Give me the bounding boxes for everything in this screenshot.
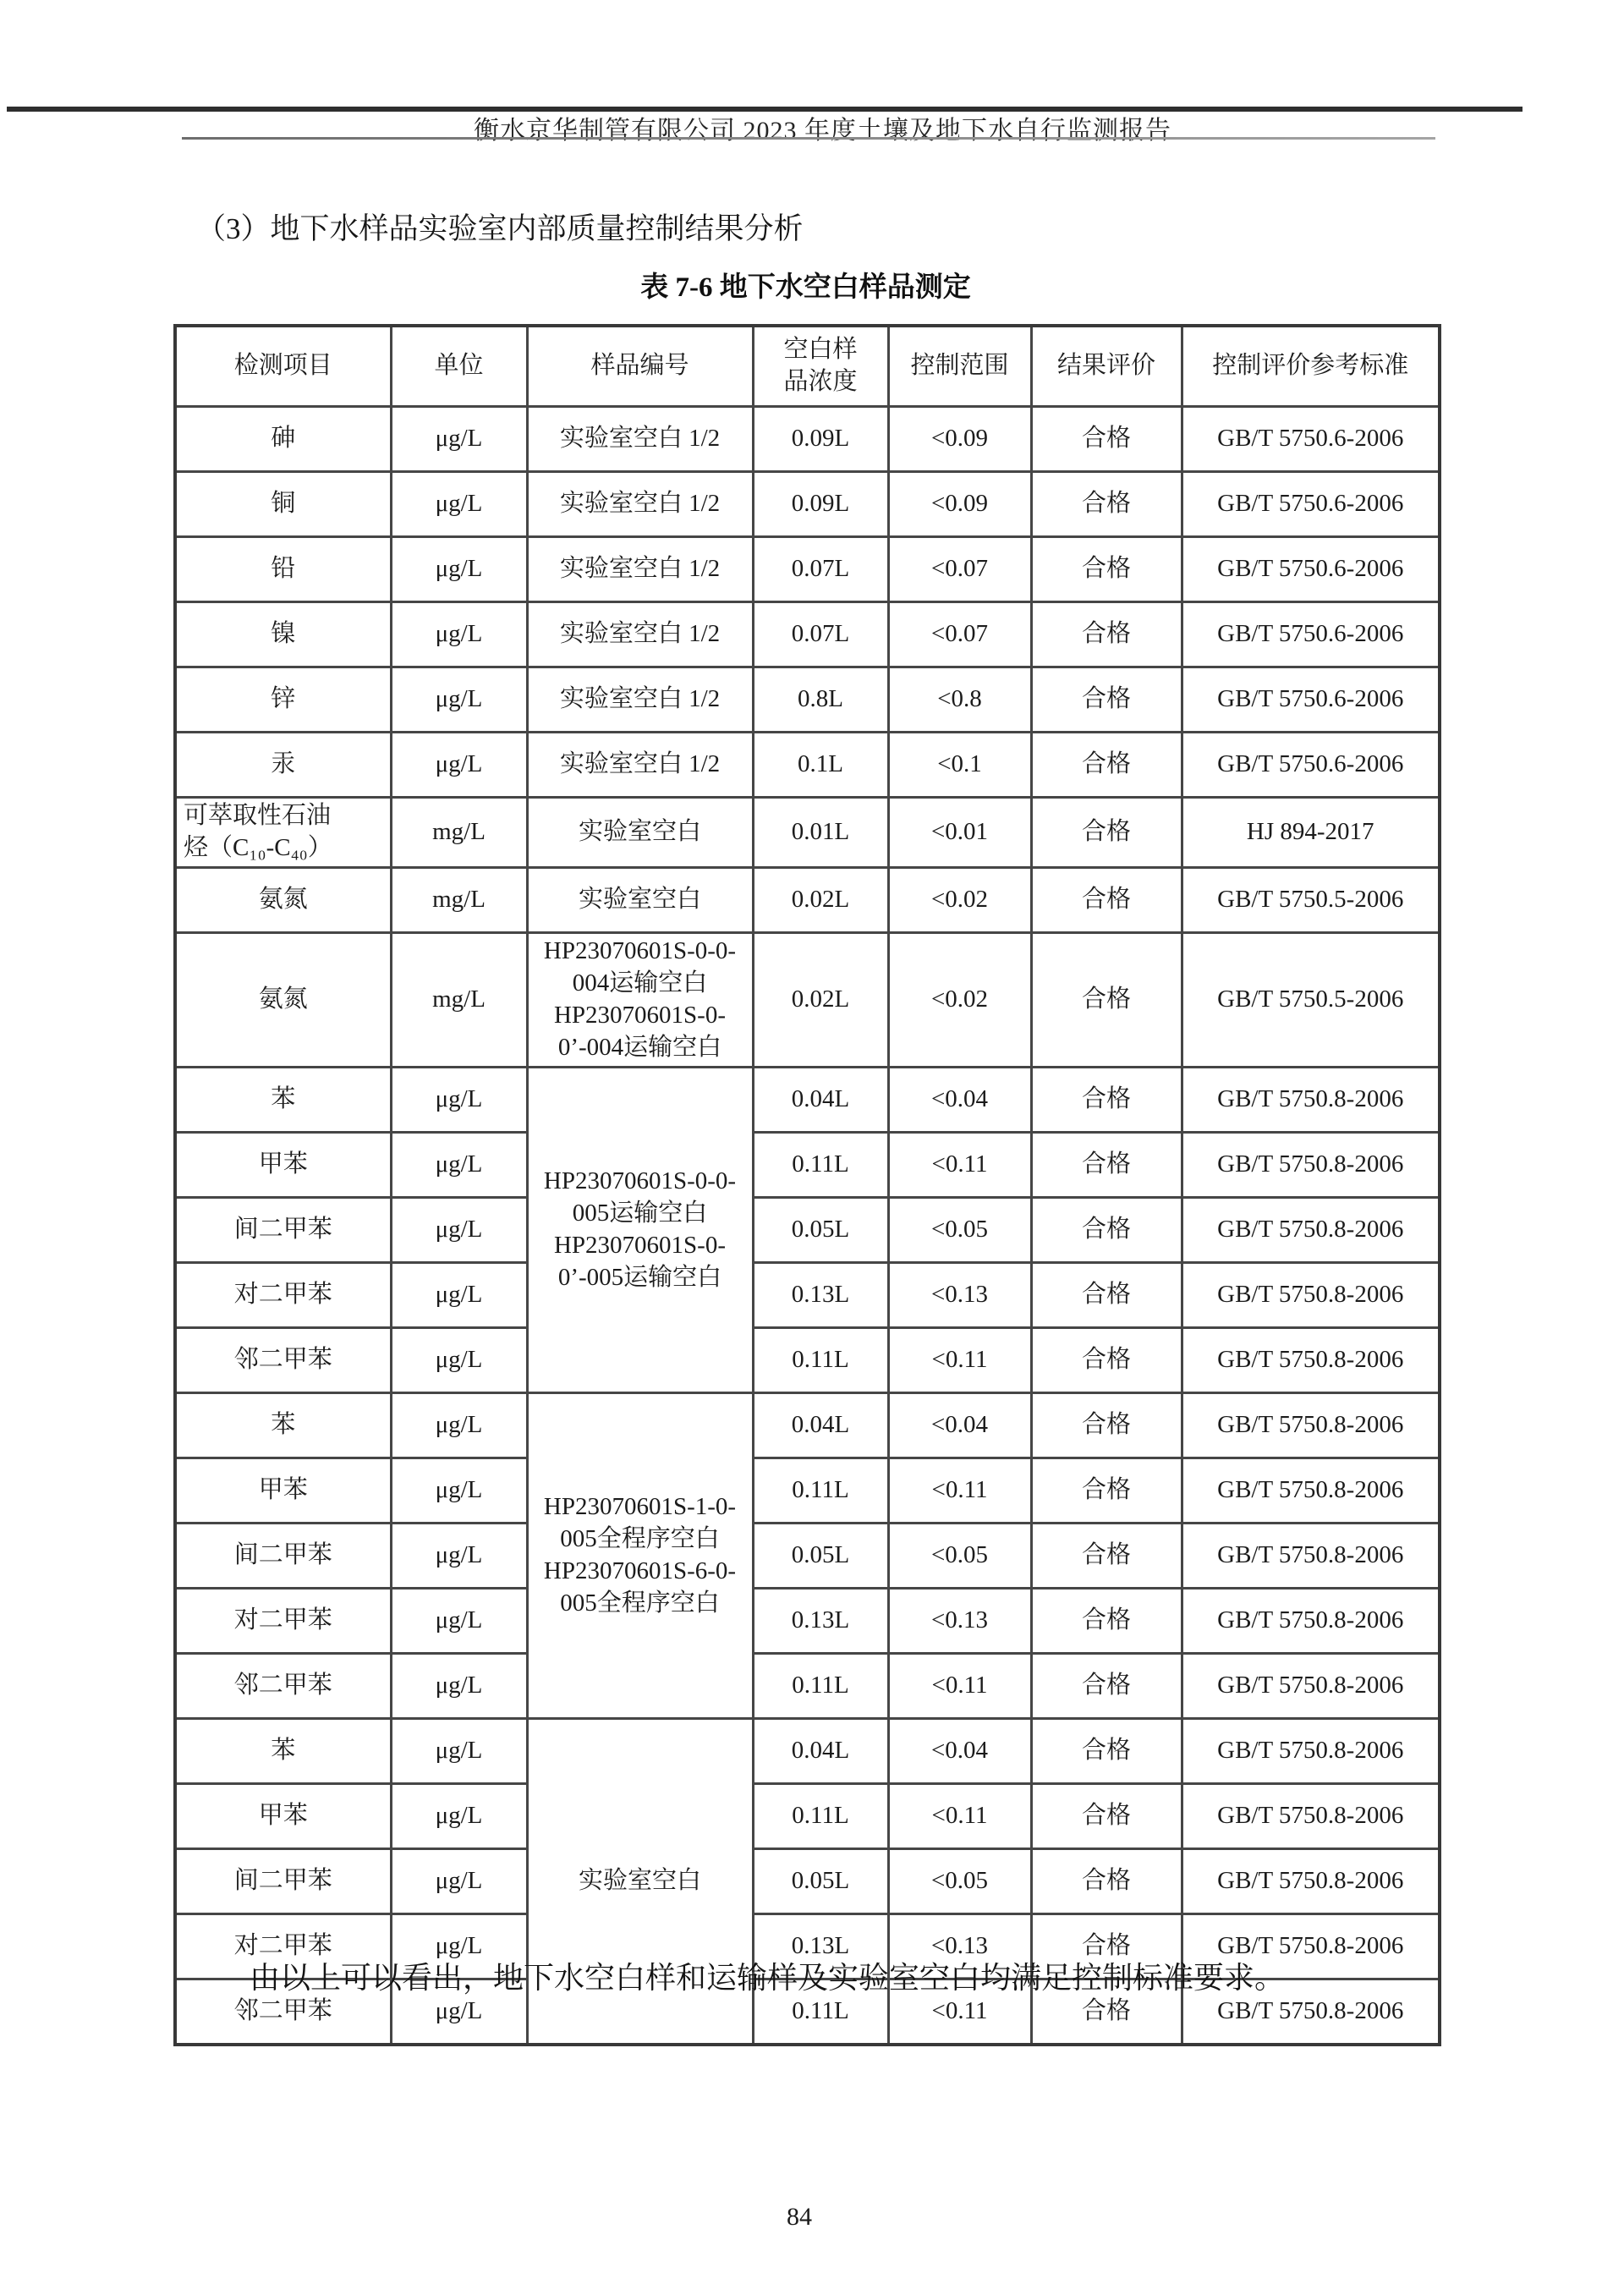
cell-line: mg/L [399,816,519,848]
cell-line: <0.09 [897,488,1023,520]
cell-line: μg/L [399,1344,519,1376]
cell-line: 合格 [1040,1474,1174,1507]
cell-line: 苯 [184,1084,383,1116]
cell-line: 合格 [1040,1540,1174,1572]
cell-result-evaluation: 合格 [1031,1458,1182,1523]
table-row: 邻二甲苯μg/L0.11L<0.11合格GB/T 5750.8-2006 [175,1653,1440,1718]
cell-item: 苯 [175,1392,391,1458]
cell-unit: μg/L [391,1653,527,1718]
cell-line: 合格 [1040,1605,1174,1637]
cell-item: 苯 [175,1718,391,1783]
cell-line: GB/T 5750.6-2006 [1190,488,1432,520]
cell-reference-standard: GB/T 5750.8-2006 [1182,1458,1440,1523]
cell-reference-standard: GB/T 5750.6-2006 [1182,667,1440,733]
cell-line: μg/L [399,1865,519,1897]
cell-reference-standard: GB/T 5750.6-2006 [1182,472,1440,537]
table-row: 苯μg/LHP23070601S-1-0-005全程序空白HP23070601S… [175,1392,1440,1458]
cell-line: 合格 [1040,553,1174,585]
cell-item: 甲苯 [175,1132,391,1197]
cell-line: 甲苯 [184,1800,383,1832]
cell-line: 合格 [1040,1735,1174,1767]
cell-sample-id: HP23070601S-0-0-005运输空白HP23070601S-0-0’-… [527,1067,753,1392]
cell-control-range: <0.05 [888,1848,1031,1913]
cell-blank-concentration: 0.1L [753,733,888,798]
cell-result-evaluation: 合格 [1031,1783,1182,1848]
cell-reference-standard: GB/T 5750.6-2006 [1182,407,1440,472]
cell-line: μg/L [399,1474,519,1507]
cell-unit: mg/L [391,932,527,1067]
cell-unit: μg/L [391,667,527,733]
cell-line: 结果评价 [1040,350,1174,382]
cell-line: 可萃取性石油 [184,800,383,832]
cell-blank-concentration: 0.04L [753,1392,888,1458]
cell-reference-standard: GB/T 5750.8-2006 [1182,1523,1440,1588]
cell-item: 甲苯 [175,1783,391,1848]
conclusion-text: 由以上可以看出，地下水空白样和运输样及实验室空白均满足控制标准要求。 [250,1954,1285,1997]
table-row: 对二甲苯μg/L0.13L<0.13合格GB/T 5750.8-2006 [175,1588,1440,1653]
cell-line: μg/L [399,1735,519,1767]
cell-blank-concentration: 0.13L [753,1588,888,1653]
cell-line: 检测项目 [184,350,383,382]
cell-reference-standard: GB/T 5750.8-2006 [1182,1197,1440,1262]
cell-blank-concentration: 0.11L [753,1327,888,1392]
page-number: 84 [787,2203,812,2232]
cell-line: 间二甲苯 [184,1214,383,1246]
cell-blank-concentration: 0.02L [753,867,888,932]
cell-line: 对二甲苯 [184,1279,383,1311]
cell-blank-concentration: 0.8L [753,667,888,733]
cell-line: 0.13L [761,1279,881,1311]
cell-line: 合格 [1040,1344,1174,1376]
cell-line: mg/L [399,884,519,916]
column-header: 控制范围 [888,326,1031,407]
cell-blank-concentration: 0.09L [753,472,888,537]
cell-reference-standard: GB/T 5750.8-2006 [1182,1262,1440,1327]
cell-line: <0.11 [897,1670,1023,1702]
cell-unit: μg/L [391,602,527,667]
cell-line: μg/L [399,1279,519,1311]
cell-sample-id: 实验室空白 [527,867,753,932]
table-row: 苯μg/L实验室空白0.04L<0.04合格GB/T 5750.8-2006 [175,1718,1440,1783]
cell-unit: μg/L [391,472,527,537]
cell-blank-concentration: 0.13L [753,1262,888,1327]
cell-line: 实验室空白 1/2 [535,684,745,716]
cell-item: 邻二甲苯 [175,1653,391,1718]
cell-line: 合格 [1040,884,1174,916]
cell-line: 实验室空白 [535,1865,745,1897]
cell-blank-concentration: 0.05L [753,1523,888,1588]
cell-result-evaluation: 合格 [1031,1523,1182,1588]
cell-line: 0.1L [761,749,881,781]
cell-blank-concentration: 0.04L [753,1718,888,1783]
cell-line: 汞 [184,749,383,781]
cell-line: 合格 [1040,1996,1174,2028]
cell-control-range: <0.02 [888,867,1031,932]
table-row: 镍μg/L实验室空白 1/20.07L<0.07合格GB/T 5750.6-20… [175,602,1440,667]
cell-item: 汞 [175,733,391,798]
cell-blank-concentration: 0.04L [753,1067,888,1132]
cell-line: 苯 [184,1735,383,1767]
cell-line: 间二甲苯 [184,1865,383,1897]
cell-line: GB/T 5750.8-2006 [1190,1865,1432,1897]
cell-line: <0.09 [897,423,1023,455]
column-header: 检测项目 [175,326,391,407]
cell-line: GB/T 5750.6-2006 [1190,423,1432,455]
cell-item: 对二甲苯 [175,1262,391,1327]
cell-line: 0.04L [761,1735,881,1767]
cell-unit: μg/L [391,537,527,602]
cell-line: μg/L [399,488,519,520]
cell-line: 0.02L [761,884,881,916]
cell-line: 砷 [184,423,383,455]
cell-result-evaluation: 合格 [1031,1327,1182,1392]
cell-sample-id: 实验室空白 1/2 [527,602,753,667]
cell-line: GB/T 5750.6-2006 [1190,684,1432,716]
cell-reference-standard: GB/T 5750.5-2006 [1182,867,1440,932]
cell-line: 合格 [1040,1149,1174,1181]
cell-item: 砷 [175,407,391,472]
cell-result-evaluation: 合格 [1031,1848,1182,1913]
table-head: 检测项目单位样品编号空白样品浓度控制范围结果评价控制评价参考标准 [175,326,1440,407]
cell-unit: mg/L [391,867,527,932]
cell-item: 苯 [175,1067,391,1132]
cell-line: μg/L [399,684,519,716]
cell-reference-standard: GB/T 5750.6-2006 [1182,602,1440,667]
cell-line: 合格 [1040,816,1174,848]
cell-sample-id: 实验室空白 [527,798,753,868]
cell-result-evaluation: 合格 [1031,867,1182,932]
cell-line: 对二甲苯 [184,1605,383,1637]
cell-line: 合格 [1040,1800,1174,1832]
cell-line: 实验室空白 1/2 [535,618,745,651]
cell-line: GB/T 5750.8-2006 [1190,1996,1432,2028]
cell-line: HP23070601S-0-0’-004运输空白 [535,1000,745,1064]
cell-line: mg/L [399,984,519,1016]
cell-line: HP23070601S-6-0-005全程序空白 [535,1556,745,1620]
cell-line: μg/L [399,618,519,651]
table-row: 砷μg/L实验室空白 1/20.09L<0.09合格GB/T 5750.6-20… [175,407,1440,472]
cell-line: 苯 [184,1409,383,1441]
cell-result-evaluation: 合格 [1031,1197,1182,1262]
cell-sample-id: HP23070601S-1-0-005全程序空白HP23070601S-6-0-… [527,1392,753,1718]
cell-item: 氨氮 [175,932,391,1067]
cell-blank-concentration: 0.11L [753,1653,888,1718]
cell-unit: μg/L [391,1067,527,1132]
cell-line: μg/L [399,1409,519,1441]
cell-blank-concentration: 0.01L [753,798,888,868]
cell-line: 控制评价参考标准 [1190,350,1432,382]
cell-result-evaluation: 合格 [1031,1067,1182,1132]
cell-line: μg/L [399,423,519,455]
cell-line: 镍 [184,618,383,651]
cell-line: 0.05L [761,1865,881,1897]
cell-reference-standard: GB/T 5750.8-2006 [1182,1327,1440,1392]
cell-result-evaluation: 合格 [1031,1588,1182,1653]
cell-control-range: <0.11 [888,1327,1031,1392]
cell-control-range: <0.11 [888,1653,1031,1718]
table-row: 甲苯μg/L0.11L<0.11合格GB/T 5750.8-2006 [175,1783,1440,1848]
cell-line: GB/T 5750.8-2006 [1190,1540,1432,1572]
cell-line: <0.04 [897,1084,1023,1116]
cell-line: 控制范围 [897,350,1023,382]
cell-control-range: <0.13 [888,1588,1031,1653]
cell-control-range: <0.04 [888,1392,1031,1458]
cell-blank-concentration: 0.07L [753,537,888,602]
table-body: 砷μg/L实验室空白 1/20.09L<0.09合格GB/T 5750.6-20… [175,407,1440,2045]
cell-unit: μg/L [391,1392,527,1458]
cell-control-range: <0.07 [888,602,1031,667]
cell-line: 0.11L [761,1474,881,1507]
column-header: 结果评价 [1031,326,1182,407]
cell-line: 合格 [1040,618,1174,651]
cell-sample-id: HP23070601S-0-0-004运输空白HP23070601S-0-0’-… [527,932,753,1067]
cell-line: μg/L [399,1996,519,2028]
cell-line: 0.05L [761,1214,881,1246]
cell-control-range: <0.04 [888,1718,1031,1783]
cell-item: 氨氮 [175,867,391,932]
cell-line: 0.11L [761,1670,881,1702]
cell-reference-standard: GB/T 5750.8-2006 [1182,1392,1440,1458]
cell-blank-concentration: 0.11L [753,1458,888,1523]
cell-line: HP23070601S-0-0-004运输空白 [535,936,745,1000]
cell-unit: μg/L [391,733,527,798]
cell-line: HP23070601S-0-0-005运输空白 [535,1166,745,1230]
cell-line: μg/L [399,1214,519,1246]
cell-blank-concentration: 0.07L [753,602,888,667]
cell-line: 邻二甲苯 [184,1996,383,2028]
cell-line: <0.11 [897,1149,1023,1181]
cell-unit: μg/L [391,1132,527,1197]
cell-line: <0.04 [897,1735,1023,1767]
cell-line: 0.11L [761,1800,881,1832]
cell-unit: mg/L [391,798,527,868]
cell-line: GB/T 5750.8-2006 [1190,1084,1432,1116]
cell-line: <0.07 [897,618,1023,651]
cell-line: 0.05L [761,1540,881,1572]
cell-line: μg/L [399,1084,519,1116]
cell-unit: μg/L [391,1458,527,1523]
cell-unit: μg/L [391,1718,527,1783]
cell-line: <0.05 [897,1214,1023,1246]
table-row: 间二甲苯μg/L0.05L<0.05合格GB/T 5750.8-2006 [175,1848,1440,1913]
cell-line: <0.1 [897,749,1023,781]
cell-line: 0.04L [761,1409,881,1441]
cell-line: <0.11 [897,1344,1023,1376]
cell-line: GB/T 5750.8-2006 [1190,1474,1432,1507]
cell-result-evaluation: 合格 [1031,537,1182,602]
table-row: 氨氮mg/L实验室空白0.02L<0.02合格GB/T 5750.5-2006 [175,867,1440,932]
cell-line: GB/T 5750.8-2006 [1190,1670,1432,1702]
report-page: 衡水京华制管有限公司 2023 年度土壤及地下水自行监测报告 （3）地下水样品实… [0,0,1624,2295]
table-row: 可萃取性石油烃（C₁₀-C₄₀）mg/L实验室空白0.01L<0.01合格HJ … [175,798,1440,868]
cell-reference-standard: HJ 894-2017 [1182,798,1440,868]
table-row: 对二甲苯μg/L0.13L<0.13合格GB/T 5750.8-2006 [175,1262,1440,1327]
cell-line: μg/L [399,1540,519,1572]
cell-line: 氨氮 [184,984,383,1016]
cell-line: 0.11L [761,1996,881,2028]
cell-line: 邻二甲苯 [184,1670,383,1702]
cell-sample-id: 实验室空白 1/2 [527,472,753,537]
cell-unit: μg/L [391,407,527,472]
cell-line: HP23070601S-0-0’-005运输空白 [535,1230,745,1294]
column-header: 空白样品浓度 [753,326,888,407]
cell-line: 0.11L [761,1344,881,1376]
cell-control-range: <0.8 [888,667,1031,733]
cell-item: 间二甲苯 [175,1197,391,1262]
column-header: 单位 [391,326,527,407]
cell-line: 氨氮 [184,884,383,916]
cell-line: 实验室空白 [535,816,745,848]
cell-unit: μg/L [391,1588,527,1653]
cell-blank-concentration: 0.05L [753,1848,888,1913]
cell-reference-standard: GB/T 5750.8-2006 [1182,1653,1440,1718]
cell-control-range: <0.11 [888,1132,1031,1197]
cell-result-evaluation: 合格 [1031,407,1182,472]
cell-unit: μg/L [391,1523,527,1588]
cell-line: 0.8L [761,684,881,716]
cell-control-range: <0.13 [888,1262,1031,1327]
cell-control-range: <0.11 [888,1458,1031,1523]
cell-line: 0.07L [761,553,881,585]
column-header: 控制评价参考标准 [1182,326,1440,407]
cell-reference-standard: GB/T 5750.6-2006 [1182,537,1440,602]
cell-unit: μg/L [391,1197,527,1262]
cell-control-range: <0.09 [888,407,1031,472]
cell-control-range: <0.01 [888,798,1031,868]
cell-line: 0.13L [761,1605,881,1637]
cell-line: 合格 [1040,488,1174,520]
cell-control-range: <0.07 [888,537,1031,602]
table-row: 甲苯μg/L0.11L<0.11合格GB/T 5750.8-2006 [175,1132,1440,1197]
table-row: 甲苯μg/L0.11L<0.11合格GB/T 5750.8-2006 [175,1458,1440,1523]
cell-line: <0.11 [897,1474,1023,1507]
cell-line: <0.04 [897,1409,1023,1441]
cell-result-evaluation: 合格 [1031,1392,1182,1458]
cell-item: 邻二甲苯 [175,1327,391,1392]
table-row: 邻二甲苯μg/L0.11L<0.11合格GB/T 5750.8-2006 [175,1327,1440,1392]
cell-item: 铅 [175,537,391,602]
cell-line: 合格 [1040,684,1174,716]
cell-item: 间二甲苯 [175,1523,391,1588]
cell-item: 锌 [175,667,391,733]
cell-blank-concentration: 0.05L [753,1197,888,1262]
table-row: 间二甲苯μg/L0.05L<0.05合格GB/T 5750.8-2006 [175,1197,1440,1262]
cell-unit: μg/L [391,1848,527,1913]
cell-line: GB/T 5750.6-2006 [1190,618,1432,651]
cell-line: GB/T 5750.5-2006 [1190,984,1432,1016]
table-row: 铜μg/L实验室空白 1/20.09L<0.09合格GB/T 5750.6-20… [175,472,1440,537]
cell-line: 0.01L [761,816,881,848]
cell-line: 合格 [1040,1409,1174,1441]
cell-line: 样品编号 [535,350,745,382]
cell-item: 镍 [175,602,391,667]
cell-line: 合格 [1040,1670,1174,1702]
cell-result-evaluation: 合格 [1031,932,1182,1067]
cell-control-range: <0.05 [888,1197,1031,1262]
cell-line: 0.07L [761,618,881,651]
cell-result-evaluation: 合格 [1031,1262,1182,1327]
cell-line: GB/T 5750.8-2006 [1190,1409,1432,1441]
cell-line: 合格 [1040,749,1174,781]
cell-line: GB/T 5750.8-2006 [1190,1149,1432,1181]
blank-sample-table: 检测项目单位样品编号空白样品浓度控制范围结果评价控制评价参考标准 砷μg/L实验… [173,324,1441,2046]
cell-blank-concentration: 0.09L [753,407,888,472]
cell-line: <0.01 [897,816,1023,848]
table-row: 间二甲苯μg/L0.05L<0.05合格GB/T 5750.8-2006 [175,1523,1440,1588]
cell-sample-id: 实验室空白 1/2 [527,667,753,733]
cell-reference-standard: GB/T 5750.8-2006 [1182,1067,1440,1132]
cell-unit: μg/L [391,1783,527,1848]
page-header-title: 衡水京华制管有限公司 2023 年度土壤及地下水自行监测报告 [474,109,1171,146]
cell-line: 铜 [184,488,383,520]
cell-line: 实验室空白 1/2 [535,423,745,455]
cell-line: GB/T 5750.8-2006 [1190,1344,1432,1376]
cell-blank-concentration: 0.02L [753,932,888,1067]
cell-line: 合格 [1040,1279,1174,1311]
cell-line: 实验室空白 1/2 [535,553,745,585]
cell-reference-standard: GB/T 5750.8-2006 [1182,1718,1440,1783]
table-row: 氨氮mg/LHP23070601S-0-0-004运输空白HP23070601S… [175,932,1440,1067]
cell-line: <0.05 [897,1865,1023,1897]
cell-result-evaluation: 合格 [1031,1132,1182,1197]
cell-item: 可萃取性石油烃（C₁₀-C₄₀） [175,798,391,868]
cell-control-range: <0.09 [888,472,1031,537]
cell-sample-id: 实验室空白 1/2 [527,537,753,602]
cell-line: 锌 [184,684,383,716]
cell-control-range: <0.02 [888,932,1031,1067]
cell-line: 0.02L [761,984,881,1016]
cell-control-range: <0.11 [888,1783,1031,1848]
table-row: 汞μg/L实验室空白 1/20.1L<0.1合格GB/T 5750.6-2006 [175,733,1440,798]
cell-line: 间二甲苯 [184,1540,383,1572]
cell-line: 品浓度 [761,366,881,398]
cell-line: <0.05 [897,1540,1023,1572]
cell-line: GB/T 5750.6-2006 [1190,749,1432,781]
cell-line: 合格 [1040,1084,1174,1116]
cell-line: GB/T 5750.5-2006 [1190,884,1432,916]
cell-line: μg/L [399,1670,519,1702]
section-title: （3）地下水样品实验室内部质量控制结果分析 [196,206,804,248]
cell-line: GB/T 5750.8-2006 [1190,1800,1432,1832]
cell-result-evaluation: 合格 [1031,733,1182,798]
cell-line: <0.07 [897,553,1023,585]
cell-line: HP23070601S-1-0-005全程序空白 [535,1491,745,1556]
cell-reference-standard: GB/T 5750.8-2006 [1182,1588,1440,1653]
table-header-row: 检测项目单位样品编号空白样品浓度控制范围结果评价控制评价参考标准 [175,326,1440,407]
cell-line: 实验室空白 1/2 [535,488,745,520]
cell-reference-standard: GB/T 5750.6-2006 [1182,733,1440,798]
cell-reference-standard: GB/T 5750.8-2006 [1182,1783,1440,1848]
column-header: 样品编号 [527,326,753,407]
cell-result-evaluation: 合格 [1031,602,1182,667]
cell-result-evaluation: 合格 [1031,1718,1182,1783]
cell-line: <0.11 [897,1800,1023,1832]
table-title: 表 7-6 地下水空白样品测定 [173,265,1438,305]
cell-line: <0.11 [897,1996,1023,2028]
cell-line: 0.11L [761,1149,881,1181]
cell-line: 合格 [1040,984,1174,1016]
cell-line: 邻二甲苯 [184,1344,383,1376]
cell-sample-id: 实验室空白 1/2 [527,407,753,472]
cell-line: 合格 [1040,1865,1174,1897]
cell-reference-standard: GB/T 5750.5-2006 [1182,932,1440,1067]
cell-line: 铅 [184,553,383,585]
cell-line: 0.09L [761,423,881,455]
cell-line: μg/L [399,1605,519,1637]
cell-line: μg/L [399,749,519,781]
table-row: 苯μg/LHP23070601S-0-0-005运输空白HP23070601S-… [175,1067,1440,1132]
cell-item: 甲苯 [175,1458,391,1523]
